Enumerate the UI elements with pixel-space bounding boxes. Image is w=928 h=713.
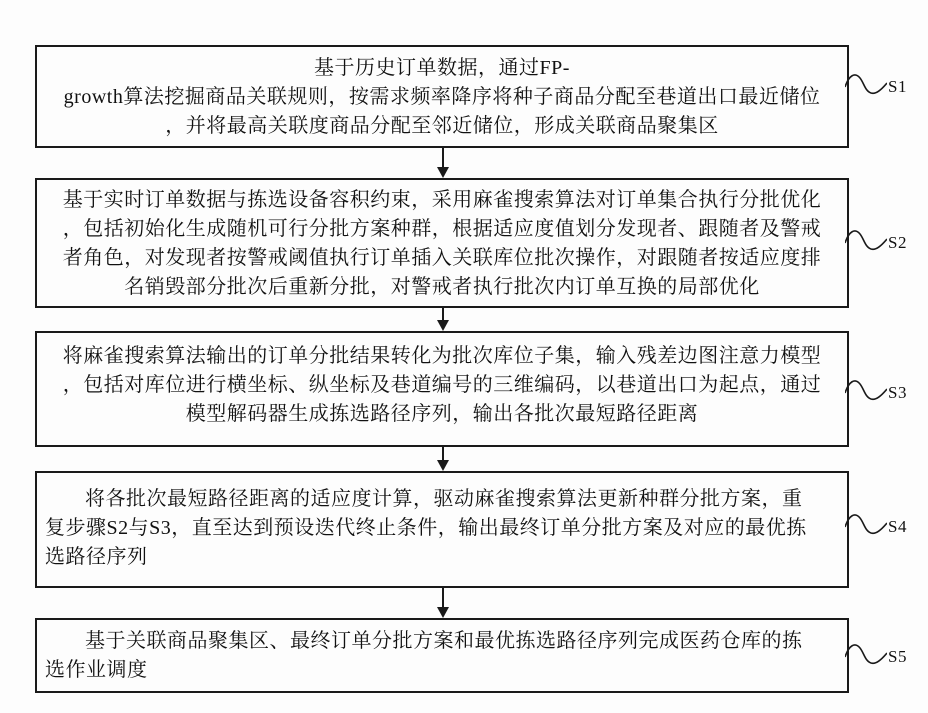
arrow-head-icon [437,460,449,471]
step-ref-s5: S5 [845,640,925,668]
arrow-shaft [442,447,444,460]
flow-step-2-text-line: ，包括初始化生成随机可行分批方案种群，根据适应度值划分发现者、跟随者及警戒 [45,215,839,244]
step-ref-s1: S1 [845,70,925,98]
step-ref-s4: S4 [845,510,925,538]
flow-step-4-box: 将各批次最短路径距离的适应度计算，驱动麻雀搜索算法更新种群分批方案，重 复步骤S… [35,471,849,588]
flow-step-5-box: 基于关联商品聚集区、最终订单分批方案和最优拣选路径序列完成医药仓库的拣 选作业调… [35,618,849,693]
squiggle-connector-icon [845,640,887,668]
step-ref-s2: S2 [845,226,925,254]
flow-arrow-2 [436,308,450,331]
arrow-head-icon [437,167,449,178]
flow-step-4-text-line: 将各批次最短路径距离的适应度计算，驱动麻雀搜索算法更新种群分批方案，重 [45,485,839,514]
flow-step-2-text-line: 者角色，对发现者按警戒阈值执行订单插入关联库位批次操作，对跟随者按适应度排 [45,244,839,273]
flow-step-2-text-line: 名销毁部分批次后重新分批，对警戒者执行批次内订单互换的局部优化 [45,273,839,302]
squiggle-connector-icon [845,70,887,98]
flow-step-1-box: 基于历史订单数据，通过FP- growth算法挖掘商品关联规则，按需求频率降序将… [35,45,849,148]
squiggle-connector-icon [845,376,887,404]
flow-step-2-box: 基于实时订单数据与拣选设备容积约束，采用麻雀搜索算法对订单集合执行分批优化 ，包… [35,178,849,308]
flow-step-5-text-line: 基于关联商品聚集区、最终订单分批方案和最优拣选路径序列完成医药仓库的拣 [45,627,839,656]
step-ref-label: S1 [888,78,907,95]
flowchart-figure: 基于历史订单数据，通过FP- growth算法挖掘商品关联规则，按需求频率降序将… [0,0,928,713]
flow-step-2-text-line: 基于实时订单数据与拣选设备容积约束，采用麻雀搜索算法对订单集合执行分批优化 [45,186,839,215]
flow-arrow-4 [436,588,450,618]
squiggle-connector-icon [845,226,887,254]
flow-step-1-text-line: growth算法挖掘商品关联规则，按需求频率降序将种子商品分配至巷道出口最近储位 [45,83,839,112]
flow-step-4-text-line: 复步骤S2与S3，直至达到预设迭代终止条件，输出最终订单分批方案及对应的最优拣 [45,514,839,543]
flow-step-4-text-line: 选路径序列 [45,543,839,572]
flow-step-3-text-line: 模型解码器生成拣选路径序列，输出各批次最短路径距离 [45,400,839,429]
arrow-head-icon [437,320,449,331]
flow-step-3-box: 将麻雀搜索算法输出的订单分批结果转化为批次库位子集，输入残差边图注意力模型 ，包… [35,331,849,447]
flow-step-3-text-line: 将麻雀搜索算法输出的订单分批结果转化为批次库位子集，输入残差边图注意力模型 [45,342,839,371]
flow-step-5-text-line: 选作业调度 [45,656,839,685]
flow-step-1-text-line: ，并将最高关联度商品分配至邻近储位，形成关联商品聚集区 [45,112,839,141]
flow-arrow-1 [436,148,450,178]
squiggle-connector-icon [845,510,887,538]
step-ref-label: S3 [888,384,907,401]
arrow-head-icon [437,607,449,618]
flow-arrow-3 [436,447,450,471]
arrow-shaft [442,308,444,320]
step-ref-label: S2 [888,234,907,251]
step-ref-label: S4 [888,518,907,535]
flow-step-1-text-line: 基于历史订单数据，通过FP- [45,54,839,83]
step-ref-label: S5 [888,648,907,665]
flow-step-3-text-line: ，包括对库位进行横坐标、纵坐标及巷道编号的三维编码，以巷道出口为起点，通过 [45,371,839,400]
arrow-shaft [442,148,444,167]
arrow-shaft [442,588,444,607]
step-ref-s3: S3 [845,376,925,404]
